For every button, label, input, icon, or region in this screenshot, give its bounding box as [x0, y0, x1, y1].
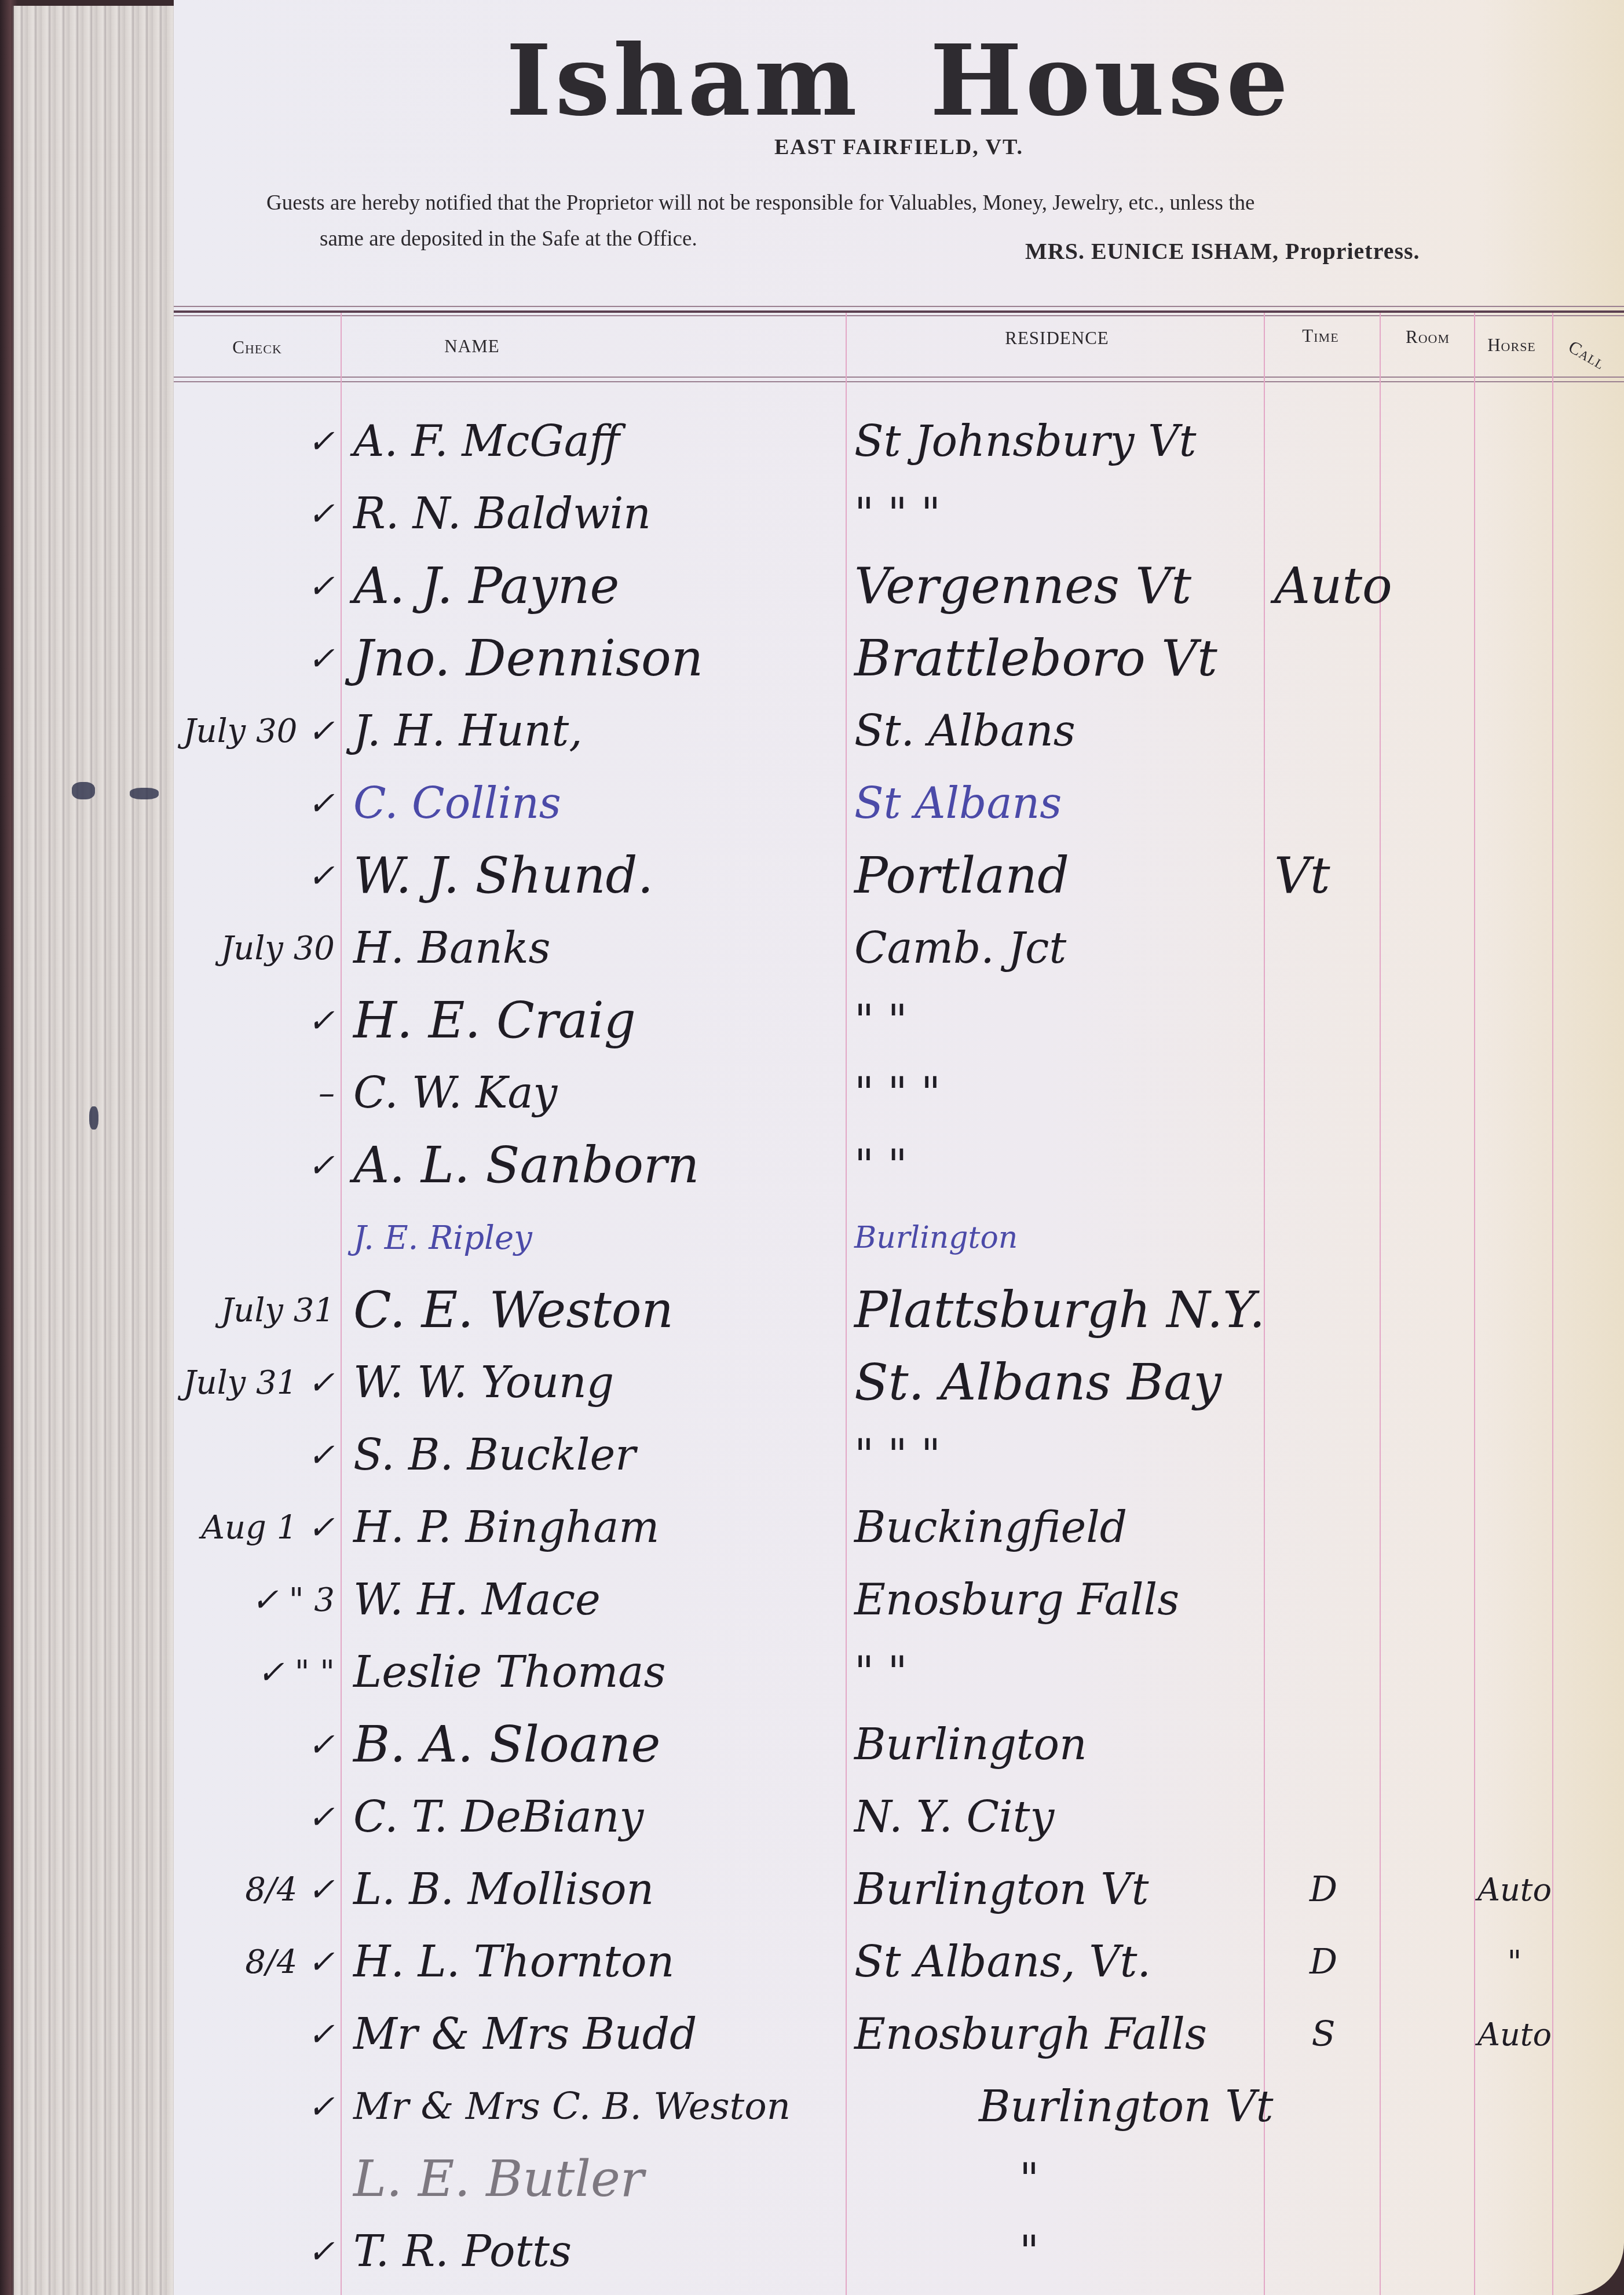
register-row: – C. W. Kay " " " — [174, 1057, 1624, 1130]
residence: Burlington Vt — [973, 2071, 1396, 2143]
register-row: 8/4 ✓ L. B. Mollison Burlington Vt D Aut… — [174, 1854, 1624, 1926]
check-mark: ✓ — [178, 2216, 341, 2288]
residence: Enosburgh Falls — [848, 1998, 1271, 2071]
rule-top-2 — [174, 310, 1624, 313]
rule-bottom-1 — [174, 377, 1624, 378]
guest-name: W. H. Mace — [348, 1564, 851, 1636]
guest-name: J. H. Hunt, — [348, 695, 851, 768]
guest-name: C. T. DeBiany — [348, 1781, 851, 1854]
guest-name: R. N. Baldwin — [348, 478, 851, 550]
residence: St. Albans Bay — [848, 1347, 1271, 1419]
check-mark: ✓ — [178, 1709, 341, 1781]
guest-name: Mr & Mrs Budd — [348, 1998, 851, 2071]
check-mark: ✓ " " — [178, 1636, 341, 1709]
residence: Brattleboro Vt — [848, 623, 1271, 695]
guest-name: A. J. Payne — [348, 550, 851, 623]
time-value: S — [1268, 1998, 1378, 2071]
register-row: ✓ C. Collins St Albans — [174, 768, 1624, 840]
guest-name: S. B. Buckler — [348, 1419, 851, 1492]
proprietress: MRS. EUNICE ISHAM, Proprietress. — [1025, 237, 1420, 265]
guest-name: W. J. Shund. — [348, 840, 851, 912]
time-value: D — [1268, 1926, 1378, 1998]
register-row: July 31 ✓ W. W. Young St. Albans Bay — [174, 1347, 1624, 1419]
check-mark: – — [178, 1057, 341, 1130]
column-header-room: Room — [1381, 327, 1474, 348]
register-row: July 31 C. E. Weston Plattsburgh N.Y. — [174, 1274, 1624, 1347]
check-mark: 8/4 ✓ — [178, 1926, 341, 1998]
register-row: ✓ Jno. Dennison Brattleboro Vt — [174, 623, 1624, 695]
horse-value: " — [1477, 1926, 1552, 1998]
residence: N. Y. City — [848, 1781, 1271, 1854]
register-row: Aug 1 ✓ H. P. Bingham Buckingfield — [174, 1492, 1624, 1564]
residence: St Albans, Vt. — [848, 1926, 1271, 1998]
residence: Plattsburgh N.Y. — [848, 1274, 1271, 1347]
column-header-time: Time — [1263, 326, 1378, 346]
register-row: J. E. Ripley Burlington — [174, 1202, 1624, 1274]
column-header-check: Check — [174, 337, 341, 358]
guest-name: H. L. Thornton — [348, 1926, 851, 1998]
check-mark — [178, 1202, 341, 1274]
guest-name: A. F. McGaff — [348, 405, 851, 478]
register-row: ✓ Mr & Mrs Budd Enosburgh Falls S Auto — [174, 1998, 1624, 2071]
guest-name: W. W. Young — [348, 1347, 851, 1419]
check-mark: ✓ — [178, 623, 341, 695]
rule-bottom-2 — [174, 381, 1624, 382]
guest-name: C. W. Kay — [348, 1057, 851, 1130]
check-mark: ✓ — [178, 1130, 341, 1202]
register-row: July 30 ✓ J. H. Hunt, St. Albans — [174, 695, 1624, 768]
residence: Enosburg Falls — [848, 1564, 1271, 1636]
time-value: D — [1268, 1854, 1378, 1926]
register-row: ✓ C. T. DeBiany N. Y. City — [174, 1781, 1624, 1854]
residence: " " — [848, 1130, 1271, 1202]
residence: Burlington — [848, 1202, 1271, 1274]
guest-name: Mr & Mrs C. B. Weston — [348, 2071, 851, 2143]
register-row: ✓ T. R. Potts " — [174, 2216, 1624, 2288]
check-mark: ✓ — [178, 405, 341, 478]
residence: Portland — [848, 840, 1271, 912]
residence: " " — [848, 1636, 1271, 1709]
register-row: July 30 H. Banks Camb. Jct — [174, 912, 1624, 985]
page-title: IshamHouse — [174, 23, 1624, 138]
guest-name: Jno. Dennison — [348, 623, 851, 695]
check-mark: ✓ " 3 — [178, 1564, 341, 1636]
residence: " " — [848, 985, 1271, 1057]
location: EAST FAIRFIELD, VT. — [174, 134, 1624, 160]
guest-name: B. A. Sloane — [348, 1709, 851, 1781]
residence: " " " — [848, 1057, 1271, 1130]
residence: Burlington — [848, 1709, 1271, 1781]
guest-name: A. L. Sanborn — [348, 1130, 851, 1202]
residence: " " " — [848, 478, 1271, 550]
guest-name: Leslie Thomas — [348, 1636, 851, 1709]
residence: St Johnsbury Vt — [848, 405, 1271, 478]
guest-name: H. E. Craig — [348, 985, 851, 1057]
check-mark: ✓ — [178, 985, 341, 1057]
residence: St. Albans — [848, 695, 1271, 768]
residence: Buckingfield — [848, 1492, 1271, 1564]
check-mark: ✓ — [178, 1781, 341, 1854]
guest-name: T. R. Potts — [348, 2216, 851, 2288]
rule-top-1 — [174, 306, 1624, 307]
check-mark: ✓ — [178, 840, 341, 912]
residence-state: Vt — [1268, 840, 1575, 912]
register-row: ✓ A. F. McGaff St Johnsbury Vt — [174, 405, 1624, 478]
horse-value: Auto — [1477, 1854, 1552, 1926]
guest-name: C. E. Weston — [348, 1274, 851, 1347]
guest-name: J. E. Ripley — [348, 1202, 851, 1274]
residence: St Albans — [848, 768, 1271, 840]
check-mark: ✓ — [178, 550, 341, 623]
check-mark: 8/4 ✓ — [178, 1854, 341, 1926]
column-header-horse: Horse — [1474, 335, 1549, 356]
guest-name: L. B. Mollison — [348, 1854, 851, 1926]
transport-note: Auto — [1268, 550, 1575, 623]
register-row: ✓ R. N. Baldwin " " " — [174, 478, 1624, 550]
residence: " " " — [848, 1419, 1271, 1492]
title-word-1: Isham — [506, 23, 861, 138]
register-row: ✓ S. B. Buckler " " " — [174, 1419, 1624, 1492]
check-mark: ✓ — [178, 768, 341, 840]
notice-line-1: Guests are hereby notified that the Prop… — [266, 185, 1564, 221]
register-row: ✓ " 3 W. H. Mace Enosburg Falls — [174, 1564, 1624, 1636]
check-mark: ✓ — [178, 2071, 341, 2143]
register-row: ✓ B. A. Sloane Burlington — [174, 1709, 1624, 1781]
horse-value: Auto — [1477, 1998, 1552, 2071]
column-header-call: Call — [1552, 328, 1622, 381]
page-edges — [13, 6, 179, 2295]
column-header-residence: RESIDENCE — [846, 328, 1268, 349]
register-row: ✓ Mr & Mrs C. B. Weston Burlington Vt — [174, 2071, 1624, 2143]
check-mark: ✓ — [178, 478, 341, 550]
register-row: ✓ A. J. Payne Vergennes Vt Auto — [174, 550, 1624, 623]
register-row: 8/4 ✓ H. L. Thornton St Albans, Vt. D " — [174, 1926, 1624, 1998]
residence: Camb. Jct — [848, 912, 1271, 985]
guest-name: L. E. Butler — [348, 2143, 851, 2216]
register-row: L. E. Butler " — [174, 2143, 1624, 2216]
date-note: July 31 — [178, 1274, 341, 1347]
date-note: July 30 — [178, 912, 341, 985]
register-row: ✓ W. J. Shund. Portland Vt — [174, 840, 1624, 912]
title-word-2: House — [930, 23, 1292, 138]
check-mark — [178, 2143, 341, 2216]
page-header: IshamHouse EAST FAIRFIELD, VT. Guests ar… — [174, 0, 1624, 313]
residence: Vergennes Vt — [848, 550, 1271, 623]
guest-name: H. Banks — [348, 912, 851, 985]
check-mark: July 30 ✓ — [178, 695, 341, 768]
check-mark: July 31 ✓ — [178, 1347, 341, 1419]
guest-name: C. Collins — [348, 768, 851, 840]
residence: Burlington Vt — [848, 1854, 1271, 1926]
check-mark: ✓ — [178, 1419, 341, 1492]
check-mark: Aug 1 ✓ — [178, 1492, 341, 1564]
register-row: ✓ A. L. Sanborn " " — [174, 1130, 1624, 1202]
residence: " — [1014, 2216, 1436, 2288]
register-row: ✓ " " Leslie Thomas " " — [174, 1636, 1624, 1709]
guest-name: H. P. Bingham — [348, 1492, 851, 1564]
check-mark: ✓ — [178, 1998, 341, 2071]
ledger-page: IshamHouse EAST FAIRFIELD, VT. Guests ar… — [174, 0, 1624, 2295]
column-header-name: NAME — [342, 336, 602, 357]
register-row: ✓ H. E. Craig " " — [174, 985, 1624, 1057]
residence: " — [1014, 2143, 1436, 2216]
rule-top-3 — [174, 315, 1624, 316]
